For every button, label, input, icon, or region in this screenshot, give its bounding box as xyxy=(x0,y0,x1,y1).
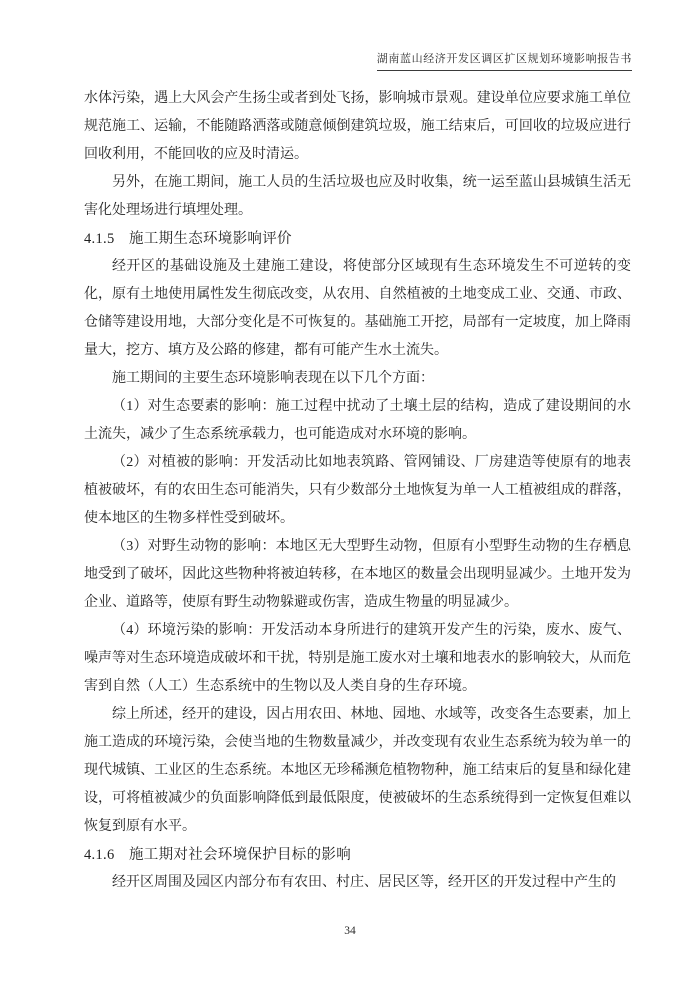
section-heading: 4.1.6施工期对社会环境保护目标的影响 xyxy=(84,841,631,869)
paragraph: 经开区的基础设施及土建施工建设，将使部分区域现有生态环境发生不可逆转的变化，原有… xyxy=(84,253,631,365)
document-body: 水体污染，遇上大风会产生扬尘或者到处飞扬，影响城市景观。建设单位应要求施工单位规… xyxy=(84,85,631,897)
paragraph: （2）对植被的影响：开发活动比如地表筑路、管网铺设、厂房建造等使原有的地表植被破… xyxy=(84,449,631,533)
page-header: 湖南蓝山经济开发区调区扩区规划环境影响报告书 xyxy=(84,52,632,71)
paragraph: 综上所述，经开的建设，因占用农田、林地、园地、水域等，改变各生态要素，加上施工造… xyxy=(84,701,631,841)
paragraph: 经开区周围及园区内部分布有农田、村庄、居民区等，经开区的开发过程中产生的 xyxy=(84,869,631,897)
paragraph: 另外，在施工期间，施工人员的生活垃圾也应及时收集，统一运至蓝山县城镇生活无害化处… xyxy=(84,169,631,225)
page-footer: 34 xyxy=(0,925,700,937)
paragraph: （1）对生态要素的影响：施工过程中扰动了土壤土层的结构，造成了建设期间的水土流失… xyxy=(84,393,631,449)
paragraph: （4）环境污染的影响：开发活动本身所进行的建筑开发产生的污染，废水、废气、噪声等… xyxy=(84,617,631,701)
paragraph: （3）对野生动物的影响：本地区无大型野生动物，但原有小型野生动物的生存栖息地受到… xyxy=(84,533,631,617)
page-number: 34 xyxy=(344,925,356,937)
report-page: 湖南蓝山经济开发区调区扩区规划环境影响报告书 水体污染，遇上大风会产生扬尘或者到… xyxy=(0,0,700,990)
heading-title: 施工期对社会环境保护目标的影响 xyxy=(129,847,351,863)
heading-number: 4.1.5 xyxy=(84,231,115,247)
heading-title: 施工期生态环境影响评价 xyxy=(129,231,292,247)
paragraph: 施工期间的主要生态环境影响表现在以下几个方面： xyxy=(84,365,631,393)
section-heading: 4.1.5施工期生态环境影响评价 xyxy=(84,225,631,253)
heading-number: 4.1.6 xyxy=(84,847,115,863)
header-title: 湖南蓝山经济开发区调区扩区规划环境影响报告书 xyxy=(377,52,632,71)
paragraph: 水体污染，遇上大风会产生扬尘或者到处飞扬，影响城市景观。建设单位应要求施工单位规… xyxy=(84,85,631,169)
